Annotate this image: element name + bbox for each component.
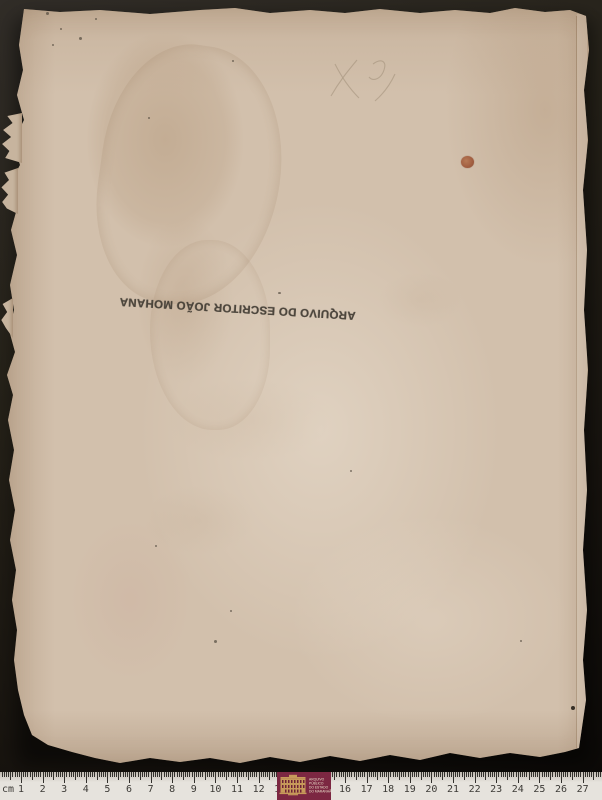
ruler-tick	[129, 772, 130, 783]
ruler-tick	[535, 772, 536, 777]
ruler-tick	[30, 772, 31, 777]
ruler-tick	[200, 772, 201, 777]
ruler-number: 17	[361, 784, 373, 795]
ruler-number: 24	[512, 784, 524, 795]
ruler-tick	[438, 772, 439, 777]
ruler-tick	[591, 772, 592, 777]
ruler-tick	[334, 772, 335, 780]
ruler-tick	[520, 772, 521, 777]
ruler-tick	[498, 772, 499, 777]
ruler-tick	[133, 772, 134, 777]
ruler-tick	[360, 772, 361, 777]
ruler-tick	[351, 772, 352, 777]
ruler-tick	[135, 772, 136, 777]
ruler-tick	[153, 772, 154, 777]
ruler-tick	[177, 772, 178, 777]
ruler-tick	[570, 772, 571, 777]
ruler-number: 11	[231, 784, 243, 795]
ruler-tick	[332, 772, 333, 777]
ruler-tick	[442, 772, 443, 780]
ruler-tick	[189, 772, 190, 777]
torn-edge-flap	[1, 113, 22, 163]
ruler-tick	[77, 772, 78, 777]
ruler-tick	[356, 772, 357, 780]
ruler-tick	[231, 772, 232, 777]
ruler-tick	[431, 772, 432, 783]
ruler-tick	[436, 772, 437, 777]
ruler-number: 19	[404, 784, 416, 795]
ruler-tick	[354, 772, 355, 777]
ruler-tick	[103, 772, 104, 777]
ruler-tick	[38, 772, 39, 777]
ruler-tick	[49, 772, 50, 777]
ruler-tick	[539, 772, 540, 783]
ruler-tick	[416, 772, 417, 777]
ruler-tick	[561, 772, 562, 783]
ruler-number: 22	[469, 784, 481, 795]
ruler-tick	[131, 772, 132, 777]
ruler-tick	[384, 772, 385, 777]
ruler-tick	[202, 772, 203, 777]
ruler-number: 4	[83, 784, 89, 795]
ruler-tick	[43, 772, 44, 783]
ruler-tick	[263, 772, 264, 777]
ruler-tick	[34, 772, 35, 777]
ruler-number: 8	[169, 784, 175, 795]
ruler-tick	[12, 772, 13, 777]
ruler-tick	[418, 772, 419, 777]
ruler-tick	[19, 772, 20, 777]
ruler-tick	[110, 772, 111, 777]
ruler-tick	[181, 772, 182, 777]
ruler-tick	[172, 772, 173, 783]
ruler-tick	[161, 772, 162, 780]
ruler-tick	[267, 772, 268, 777]
ruler-tick	[598, 772, 599, 777]
ruler-tick	[73, 772, 74, 777]
ruler-tick	[369, 772, 370, 777]
ruler-tick	[501, 772, 502, 777]
ruler-tick	[211, 772, 212, 777]
ruler-tick	[66, 772, 67, 777]
ruler-tick	[140, 772, 141, 780]
ruler-tick	[248, 772, 249, 780]
ruler-tick	[453, 772, 454, 783]
ink-speck	[214, 640, 217, 643]
ruler-tick	[166, 772, 167, 777]
ruler-tick	[475, 772, 476, 783]
ruler-tick	[114, 772, 115, 777]
ruler-tick	[6, 772, 7, 777]
ruler-tick	[45, 772, 46, 777]
ruler-tick	[459, 772, 460, 777]
ruler-tick	[241, 772, 242, 777]
ruler-number: 10	[209, 784, 221, 795]
ruler-tick	[170, 772, 171, 777]
ruler-tick	[580, 772, 581, 777]
ruler-tick	[395, 772, 396, 777]
ink-speck	[230, 610, 232, 612]
ruler-tick	[127, 772, 128, 777]
ink-speck	[60, 28, 62, 30]
ruler-tick	[408, 772, 409, 777]
ruler-tick	[265, 772, 266, 777]
ruler-tick	[237, 772, 238, 783]
ruler-tick	[81, 772, 82, 777]
ruler-tick	[412, 772, 413, 777]
ruler-tick	[8, 772, 9, 777]
ruler-tick	[483, 772, 484, 777]
ink-speck	[95, 18, 97, 20]
ruler-tick	[423, 772, 424, 777]
ruler-tick	[464, 772, 465, 780]
ruler-tick	[574, 772, 575, 777]
ruler-tick	[118, 772, 119, 780]
ruler-tick	[56, 772, 57, 777]
ruler-tick	[226, 772, 227, 780]
ruler-number: 1	[18, 784, 24, 795]
ruler-tick	[542, 772, 543, 777]
ruler-tick	[222, 772, 223, 777]
ruler-tick	[17, 772, 18, 777]
ruler-tick	[40, 772, 41, 777]
ruler-tick	[97, 772, 98, 780]
ruler-tick	[511, 772, 512, 777]
ruler-tick	[15, 772, 16, 777]
ink-speck	[350, 470, 352, 472]
ruler-tick	[23, 772, 24, 777]
ruler-tick	[466, 772, 467, 777]
ruler-tick	[64, 772, 65, 783]
ruler-tick	[213, 772, 214, 777]
ruler-tick	[531, 772, 532, 777]
archive-building-icon: ARQUIVO PÚBLICO DO ESTADO DO MARANHÃO	[277, 772, 331, 800]
ruler-tick	[341, 772, 342, 777]
manuscript-page: ARQUIVO DO ESCRITOR JOÃO MOHANA	[0, 0, 602, 770]
ruler-tick	[228, 772, 229, 777]
ruler-tick	[86, 772, 87, 783]
ruler-tick	[364, 772, 365, 777]
ruler-tick	[151, 772, 152, 783]
ruler-tick	[209, 772, 210, 777]
ruler-number: 3	[61, 784, 67, 795]
ruler-tick	[272, 772, 273, 777]
ruler-tick	[388, 772, 389, 783]
ruler-tick	[485, 772, 486, 780]
logo-text-line: DO MARANHÃO	[309, 789, 331, 794]
ruler-tick	[375, 772, 376, 777]
ruler-tick	[84, 772, 85, 777]
ruler-tick	[146, 772, 147, 777]
ruler-tick	[509, 772, 510, 777]
ruler-tick	[559, 772, 560, 777]
ruler-tick	[557, 772, 558, 777]
ruler-tick	[144, 772, 145, 777]
ruler-number: 21	[447, 784, 459, 795]
ruler-tick	[220, 772, 221, 777]
ruler-tick	[421, 772, 422, 780]
ruler-tick	[99, 772, 100, 777]
ruler-tick	[198, 772, 199, 777]
ruler-tick	[373, 772, 374, 777]
ruler-tick	[451, 772, 452, 777]
ruler-tick	[546, 772, 547, 777]
ruler-number: 26	[555, 784, 567, 795]
ruler-number: 18	[382, 784, 394, 795]
ruler-tick	[593, 772, 594, 780]
ruler-tick	[477, 772, 478, 777]
ruler-tick	[90, 772, 91, 777]
ruler-tick	[399, 772, 400, 780]
ruler-tick	[88, 772, 89, 777]
ruler-number: 20	[425, 784, 437, 795]
ruler-tick	[256, 772, 257, 777]
ruler-tick	[250, 772, 251, 777]
ruler-tick	[92, 772, 93, 777]
ruler-tick	[526, 772, 527, 777]
ruler-tick	[21, 772, 22, 783]
ruler-tick	[600, 772, 601, 777]
ruler-tick	[218, 772, 219, 777]
ruler-tick	[377, 772, 378, 780]
archive-stamp: ARQUIVO DO ESCRITOR JOÃO MOHANA	[150, 293, 357, 321]
ruler-tick	[386, 772, 387, 777]
ruler-tick	[401, 772, 402, 777]
ruler-tick	[224, 772, 225, 777]
ruler-tick	[105, 772, 106, 777]
ruler-tick	[427, 772, 428, 777]
ruler-tick	[239, 772, 240, 777]
ruler-tick	[544, 772, 545, 777]
ruler-tick	[138, 772, 139, 777]
ruler-tick	[488, 772, 489, 777]
ruler-tick	[194, 772, 195, 783]
ruler-tick	[254, 772, 255, 777]
ruler-tick	[94, 772, 95, 777]
ink-speck	[278, 292, 281, 294]
ink-speck	[232, 60, 234, 62]
ruler-tick	[51, 772, 52, 777]
ruler-tick	[168, 772, 169, 777]
ruler-tick	[583, 772, 584, 783]
ruler-number: 5	[104, 784, 110, 795]
ruler-tick	[503, 772, 504, 777]
photo-background: ARQUIVO DO ESCRITOR JOÃO MOHANA cm 12345…	[0, 0, 602, 800]
ruler-tick	[349, 772, 350, 777]
ruler-tick	[183, 772, 184, 780]
wax-seal-dot	[461, 156, 474, 168]
ruler-number: 25	[533, 784, 545, 795]
ruler-tick	[142, 772, 143, 777]
ruler-tick	[343, 772, 344, 777]
ruler-tick	[552, 772, 553, 777]
ruler-tick	[444, 772, 445, 777]
ruler-tick	[371, 772, 372, 777]
ruler-tick	[2, 772, 3, 777]
ruler-tick	[390, 772, 391, 777]
ruler-tick	[429, 772, 430, 777]
ruler-tick	[174, 772, 175, 777]
ruler-tick	[576, 772, 577, 777]
ruler-tick	[261, 772, 262, 777]
ruler-tick	[548, 772, 549, 777]
ruler-tick	[4, 772, 5, 777]
ruler-tick	[336, 772, 337, 777]
ruler-tick	[518, 772, 519, 783]
ruler-number: 9	[191, 784, 197, 795]
ruler-tick	[25, 772, 26, 777]
ruler-tick	[47, 772, 48, 777]
ruler-tick	[148, 772, 149, 777]
ruler-tick	[513, 772, 514, 777]
ruler-tick	[479, 772, 480, 777]
ruler-tick	[192, 772, 193, 777]
ruler-tick	[207, 772, 208, 777]
ruler-tick	[382, 772, 383, 777]
ruler-tick	[481, 772, 482, 777]
ruler-tick	[36, 772, 37, 777]
ruler-tick	[457, 772, 458, 777]
ruler-tick	[533, 772, 534, 777]
ruler-tick	[447, 772, 448, 777]
ruler-tick	[205, 772, 206, 780]
ruler-tick	[274, 772, 275, 777]
ruler-tick	[522, 772, 523, 777]
ruler-tick	[492, 772, 493, 777]
ruler-tick	[246, 772, 247, 777]
ruler-number: 27	[577, 784, 589, 795]
ruler-tick	[589, 772, 590, 777]
ruler-tick	[259, 772, 260, 783]
ink-speck	[52, 44, 54, 46]
ruler-tick	[440, 772, 441, 777]
ruler-tick	[101, 772, 102, 777]
torn-edge-flap	[0, 298, 13, 338]
ruler-tick	[550, 772, 551, 780]
ruler-tick	[529, 772, 530, 780]
ruler-tick	[380, 772, 381, 777]
ruler-tick	[58, 772, 59, 777]
ruler-tick	[339, 772, 340, 777]
ink-speck	[148, 117, 150, 119]
ruler-tick	[425, 772, 426, 777]
ink-speck	[46, 12, 49, 15]
ruler-tick	[405, 772, 406, 777]
ruler-tick	[123, 772, 124, 777]
ruler-tick	[362, 772, 363, 777]
ruler-tick	[524, 772, 525, 777]
ruler-tick	[53, 772, 54, 780]
ruler-tick	[494, 772, 495, 777]
ruler-tick	[585, 772, 586, 777]
ruler-number: 16	[339, 784, 351, 795]
ruler-tick	[164, 772, 165, 777]
ruler-tick	[155, 772, 156, 777]
ruler-tick	[563, 772, 564, 777]
ink-speck	[79, 37, 82, 40]
ruler-tick	[125, 772, 126, 777]
ruler-tick	[116, 772, 117, 777]
ruler-tick	[449, 772, 450, 777]
ink-speck	[155, 545, 157, 547]
ruler-tick	[462, 772, 463, 777]
ruler-tick	[410, 772, 411, 783]
ruler-tick	[345, 772, 346, 783]
ruler-tick	[578, 772, 579, 777]
archive-logo: ARQUIVO PÚBLICO DO ESTADO DO MARANHÃO	[277, 772, 331, 800]
ruler-number: 7	[148, 784, 154, 795]
pencil-inscription	[323, 48, 433, 110]
ruler-tick	[179, 772, 180, 777]
ruler-tick	[62, 772, 63, 777]
torn-edge-flap	[0, 168, 18, 214]
ruler-tick	[27, 772, 28, 777]
ruler-tick	[71, 772, 72, 777]
ruler-tick	[596, 772, 597, 777]
ruler-tick	[516, 772, 517, 777]
ruler-tick	[567, 772, 568, 777]
ruler-tick	[252, 772, 253, 777]
ruler-tick	[32, 772, 33, 780]
ruler-tick	[10, 772, 11, 780]
ruler-tick	[235, 772, 236, 777]
ruler-tick	[490, 772, 491, 777]
ruler-number: 12	[253, 784, 265, 795]
ruler-tick	[587, 772, 588, 777]
ruler-tick	[572, 772, 573, 780]
ruler-number: 2	[40, 784, 46, 795]
ruler-tick	[507, 772, 508, 780]
ruler-tick	[358, 772, 359, 777]
ruler-tick	[367, 772, 368, 783]
ink-speck	[520, 640, 522, 642]
ruler-tick	[187, 772, 188, 777]
ruler-tick	[185, 772, 186, 777]
ruler-tick	[468, 772, 469, 777]
ruler-tick	[434, 772, 435, 777]
ruler-tick	[79, 772, 80, 777]
ruler-tick	[496, 772, 497, 783]
ruler-tick	[455, 772, 456, 777]
ruler-tick	[75, 772, 76, 780]
ruler-tick	[107, 772, 108, 783]
ruler-tick	[233, 772, 234, 777]
ruler-tick	[397, 772, 398, 777]
ruler-tick	[470, 772, 471, 777]
ruler-tick	[60, 772, 61, 777]
ruler-tick	[215, 772, 216, 783]
ruler-number: 6	[126, 784, 132, 795]
measuring-ruler: cm 1234567891011121314151617181920212223…	[0, 772, 602, 800]
ruler-tick	[403, 772, 404, 777]
ruler-tick	[537, 772, 538, 777]
ruler-tick	[157, 772, 158, 777]
ruler-tick	[120, 772, 121, 777]
ruler-tick	[393, 772, 394, 777]
ruler-number: 23	[490, 784, 502, 795]
ruler-tick	[347, 772, 348, 777]
ruler-tick	[112, 772, 113, 777]
ruler-tick	[472, 772, 473, 777]
ink-speck	[571, 706, 575, 710]
ruler-tick	[269, 772, 270, 780]
ruler-tick	[159, 772, 160, 777]
ruler-unit-label: cm	[2, 784, 14, 795]
water-stain-ring	[150, 240, 270, 430]
water-stain-ring	[83, 34, 297, 317]
ruler-tick	[414, 772, 415, 777]
ruler-tick	[243, 772, 244, 777]
